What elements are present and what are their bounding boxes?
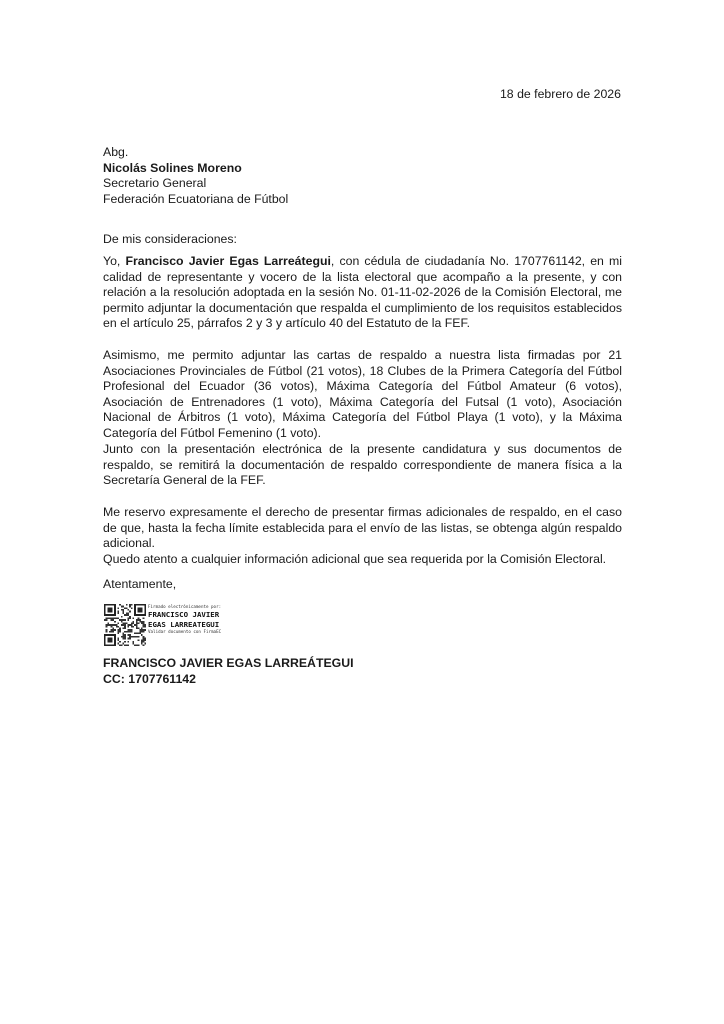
paragraph-intro: Yo, (103, 254, 125, 268)
signer-block: FRANCISCO JAVIER EGAS LARREÁTEGUI CC: 17… (103, 655, 622, 687)
signature-footer: Validar documento con FirmaEC (148, 629, 221, 635)
greeting: De mis consideraciones: (103, 232, 622, 248)
paragraph-availability: Quedo atento a cualquier información adi… (103, 552, 622, 568)
qr-code-icon (104, 604, 146, 646)
electronic-signature: Firmado electrónicamente por: FRANCISCO … (104, 604, 221, 650)
sender-name-inline: Francisco Javier Egas Larreátegui (125, 254, 330, 268)
letter-date: 18 de febrero de 2026 (500, 87, 621, 101)
paragraph-reservation: Me reservo expresamente el derecho de pr… (103, 505, 622, 552)
recipient-name: Nicolás Solines Moreno (103, 161, 622, 177)
recipient-title: Abg. (103, 145, 622, 161)
recipient-block: Abg. Nicolás Solines Moreno Secretario G… (103, 145, 622, 207)
letter-page: 18 de febrero de 2026 Abg. Nicolás Solin… (0, 0, 724, 1024)
recipient-organization: Federación Ecuatoriana de Fútbol (103, 192, 622, 208)
recipient-position: Secretario General (103, 176, 622, 192)
paragraph-support-letters: Asimismo, me permito adjuntar las cartas… (103, 348, 622, 442)
signature-name-line2: EGAS LARREATEGUI (148, 620, 221, 630)
signer-id: CC: 1707761142 (103, 671, 622, 687)
signature-name-line1: FRANCISCO JAVIER (148, 610, 221, 620)
closing: Atentamente, (103, 577, 622, 593)
paragraph-representation: Yo, Francisco Javier Egas Larreátegui, c… (103, 254, 622, 332)
paragraph-physical-documentation: Junto con la presentación electrónica de… (103, 442, 622, 489)
signer-name: FRANCISCO JAVIER EGAS LARREÁTEGUI (103, 655, 622, 671)
signature-text: Firmado electrónicamente por: FRANCISCO … (148, 604, 221, 635)
